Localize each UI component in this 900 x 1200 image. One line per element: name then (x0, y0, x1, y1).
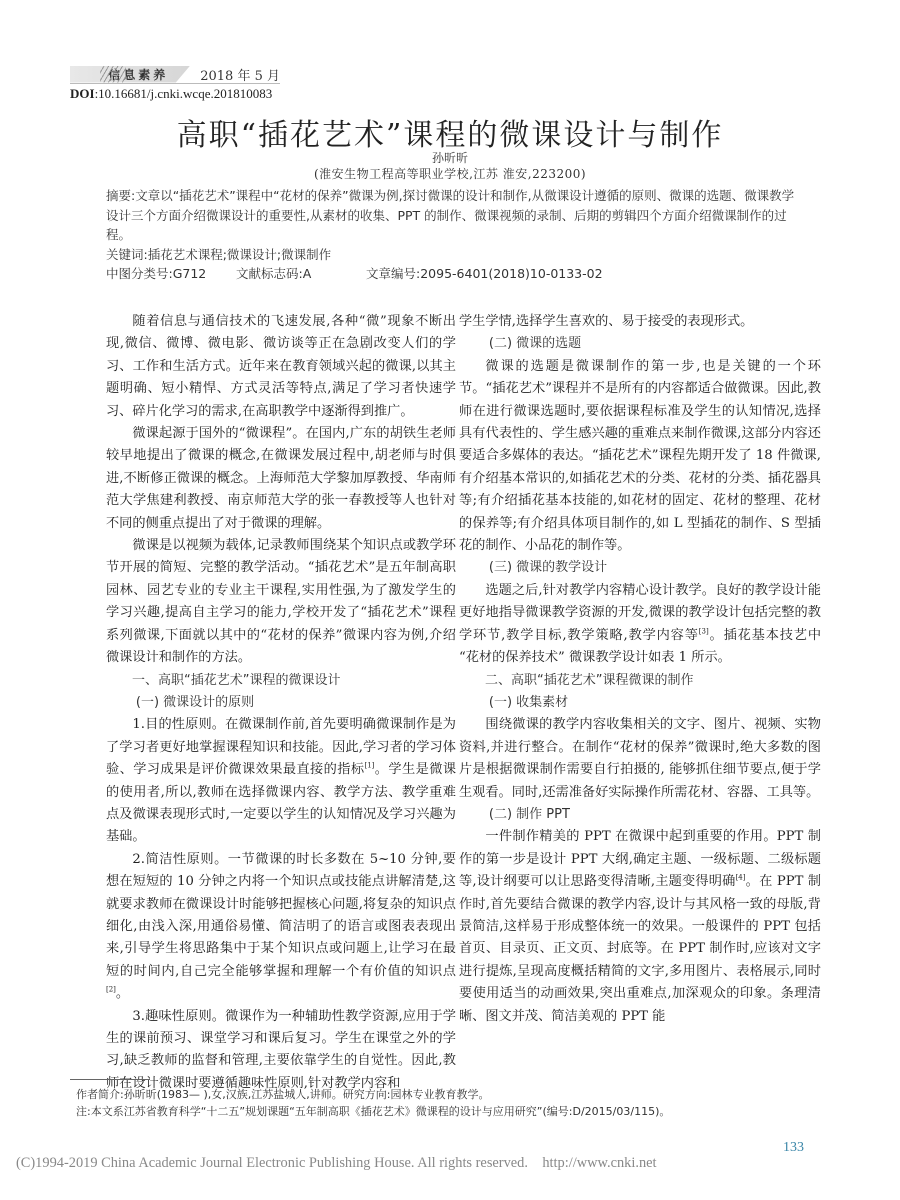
paragraph: 一件制作精美的 PPT 在微课中起到重要的作用。PPT 制作的第一步是设计 PP… (459, 826, 821, 1028)
body-column-right: 学生学情,选择学生喜欢的、易于接受的表现形式。 (二) 微课的选题 微课的选题是… (459, 311, 821, 1028)
citation-ref[interactable]: [2] (106, 986, 116, 994)
header-shade: 信息素养 (70, 66, 190, 83)
copyright-line: (C)1994-2019 China Academic Journal Elec… (16, 1155, 657, 1172)
classification-row: 中图分类号:G712 文献标志码:A 文章编号:2095-6401(2018)1… (106, 264, 806, 284)
keywords: 关键词:插花艺术课程;微课设计;微课制作 (106, 245, 806, 265)
footnote-rule (70, 1079, 150, 1080)
doi-line: DOI:10.16681/j.cnki.wcqe.201810083 (70, 86, 272, 102)
running-header: 信息素养 2018 年 5 月 (70, 64, 280, 84)
page-number: 133 (783, 1140, 804, 1156)
abstract-text: 摘要:文章以“插花艺术”课程中“花材的保养”微课为例,探讨微课的设计和制作,从微… (106, 186, 806, 245)
section-heading: 一、高职“插花艺术”课程的微课设计 (106, 670, 456, 692)
paragraph: 1.目的性原则。在微课制作前,首先要明确微课制作是为了学习者更好地掌握课程知识和… (106, 714, 456, 848)
paragraph: 选题之后,针对教学内容精心设计教学。良好的教学设计能更好地指导微课教学资源的开发… (459, 580, 821, 670)
author-name: 孙昕昕 (0, 149, 900, 166)
funding-note: 注:本文系江苏省教育科学“十二五”规划课题“五年制高职《插花艺术》微课程的设计与… (76, 1104, 836, 1121)
paragraph-text: 。在 PPT 制作时,首先要结合微课的教学内容,设计与其风格一致的母版,背景简洁… (459, 874, 821, 1023)
section-heading: 二、高职“插花艺术”课程微课的制作 (459, 670, 821, 692)
citation-ref[interactable]: [3] (699, 627, 709, 635)
paragraph-text: 。 (116, 986, 129, 1001)
subsection-heading: (二) 制作 PPT (459, 804, 821, 826)
paragraph: 学生学情,选择学生喜欢的、易于接受的表现形式。 (459, 311, 821, 333)
citation-ref[interactable]: [4] (736, 874, 746, 882)
paragraph-text: 2.简洁性原则。一节微课的时长多数在 5~10 分钟,要想在短短的 10 分钟之… (106, 852, 456, 979)
paragraph: 围绕微课的教学内容收集相关的文字、图片、视频、实物资料,并进行整合。在制作“花材… (459, 714, 821, 804)
body-column-left: 随着信息与通信技术的飞速发展,各种“微”现象不断出现,微信、微博、微电影、微访谈… (106, 311, 456, 1095)
document-code: 文献标志码:A (236, 264, 366, 284)
paragraph: 随着信息与通信技术的飞速发展,各种“微”现象不断出现,微信、微博、微电影、微访谈… (106, 311, 456, 423)
author-affiliation: (淮安生物工程高等职业学校,江苏 淮安,223200) (0, 165, 900, 182)
author-intro-note: 作者简介:孙昕昕(1983— ),女,汉族,江苏盐城人,讲师。研究方向:园林专业… (76, 1087, 836, 1104)
paragraph: 2.简洁性原则。一节微课的时长多数在 5~10 分钟,要想在短短的 10 分钟之… (106, 849, 456, 1006)
paragraph: 3.趣味性原则。微课作为一种辅助性教学资源,应用于学生的课前预习、课堂学习和课后… (106, 1006, 456, 1096)
paragraph: 微课起源于国外的“微课程”。在国内,广东的胡铁生老师较早地提出了微课的概念,在微… (106, 423, 456, 535)
paragraph: 微课的选题是微课制作的第一步,也是关键的一个环节。“插花艺术”课程并不是所有的内… (459, 356, 821, 558)
subsection-heading: (一) 微课设计的原则 (106, 692, 456, 714)
article-number: 文章编号:2095-6401(2018)10-0133-02 (366, 264, 603, 284)
paragraph: 微课是以视频为载体,记录教师围绕某个知识点或教学环节开展的简短、完整的教学活动。… (106, 535, 456, 669)
doi-label: DOI (70, 86, 95, 101)
clc-number: 中图分类号:G712 (106, 264, 236, 284)
footnotes: 作者简介:孙昕昕(1983— ),女,汉族,江苏盐城人,讲师。研究方向:园林专业… (76, 1087, 836, 1120)
issue-date: 2018 年 5 月 (200, 65, 280, 84)
article-title: 高职“插花艺术”课程的微课设计与制作 (0, 110, 900, 154)
citation-ref[interactable]: [1] (364, 762, 374, 770)
hatch-decoration-icon (100, 66, 126, 83)
doi-value: :10.16681/j.cnki.wcqe.201810083 (95, 86, 273, 101)
subsection-heading: (二) 微课的选题 (459, 333, 821, 355)
header-rule (70, 83, 280, 84)
subsection-heading: (三) 微课的教学设计 (459, 557, 821, 579)
abstract-block: 摘要:文章以“插花艺术”课程中“花材的保养”微课为例,探讨微课的设计和制作,从微… (106, 186, 806, 284)
subsection-heading: (一) 收集素材 (459, 692, 821, 714)
